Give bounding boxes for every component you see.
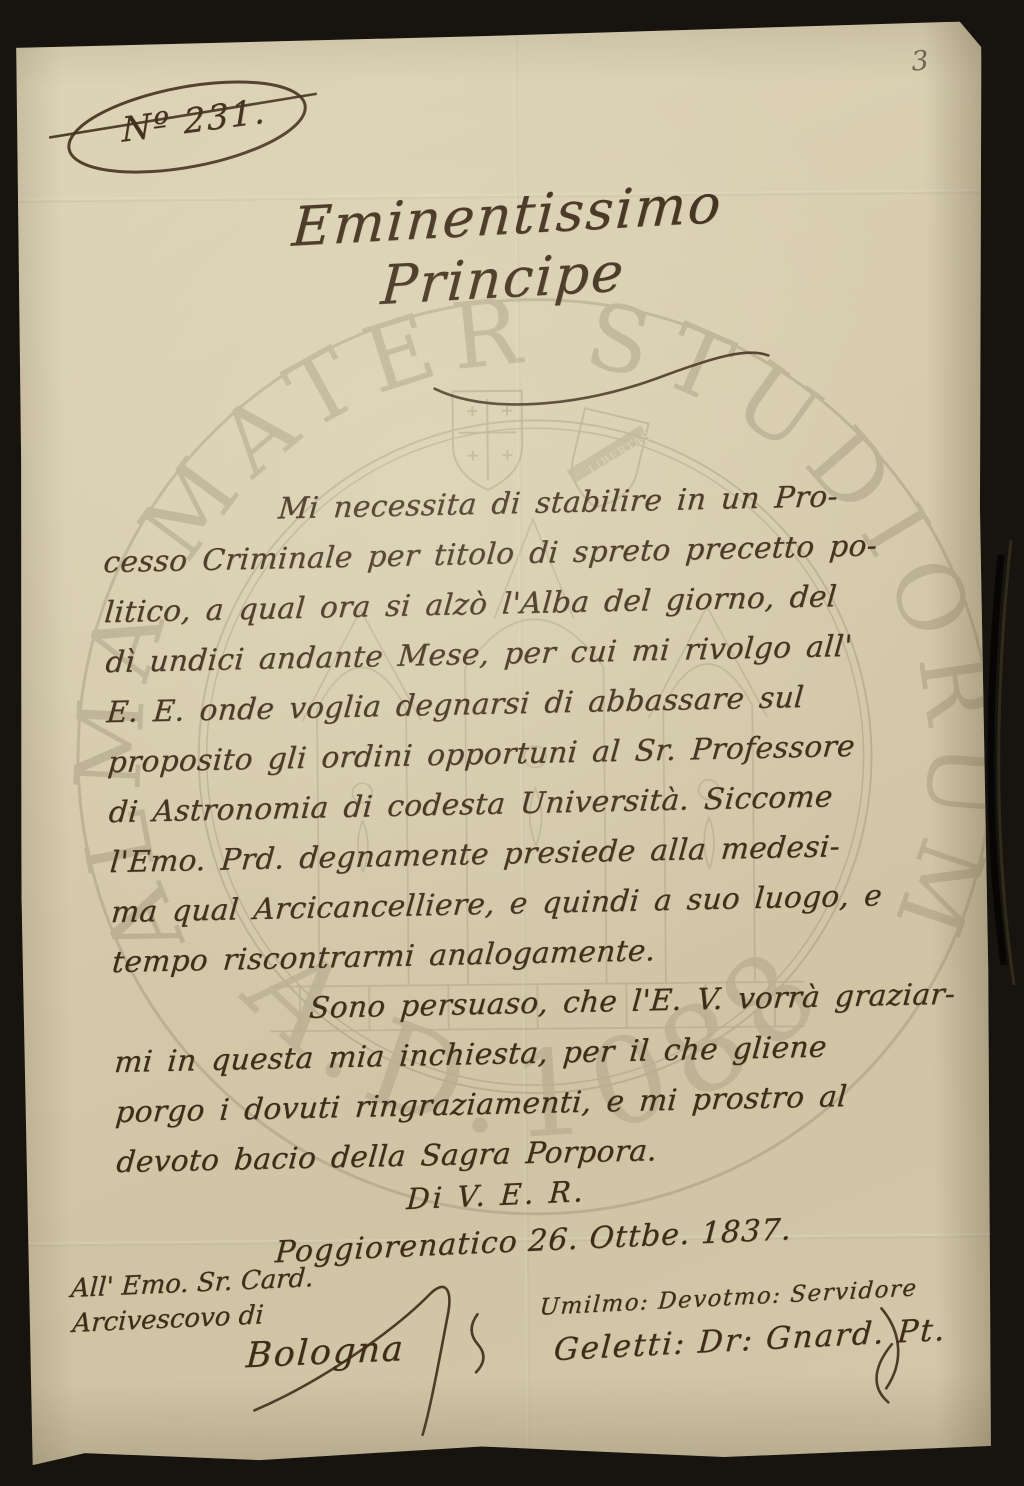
protocol-number: Nº 231. [48,58,329,186]
folio-page-number: 3 [910,45,930,77]
scanned-letter-page: ALMA MATER STUDIORUM A.D.1088 [0,0,1024,1486]
seal-cross-shield [452,391,522,491]
paper-sheet: ALMA MATER STUDIORUM A.D.1088 [13,21,995,1466]
signature-block: Umilmo: Devotmo: Servidore Geletti: Dr: … [539,1272,978,1368]
signature-name-line: Geletti: Dr: Gnard. Pt. [553,1310,979,1368]
closing-formula: Di V. E. R. [405,1174,587,1216]
salutation-title: Eminentissimo Principe [179,166,831,328]
libertas-banner-text: LIBERTAS [586,428,653,477]
letter-body: Mi necessita di stabilire in un Pro- ces… [99,468,1000,1187]
address-city: Bologna [245,1332,406,1374]
recipient-address: All' Emo. Sr. Card. Arcivescovo di Bolog… [68,1257,403,1382]
